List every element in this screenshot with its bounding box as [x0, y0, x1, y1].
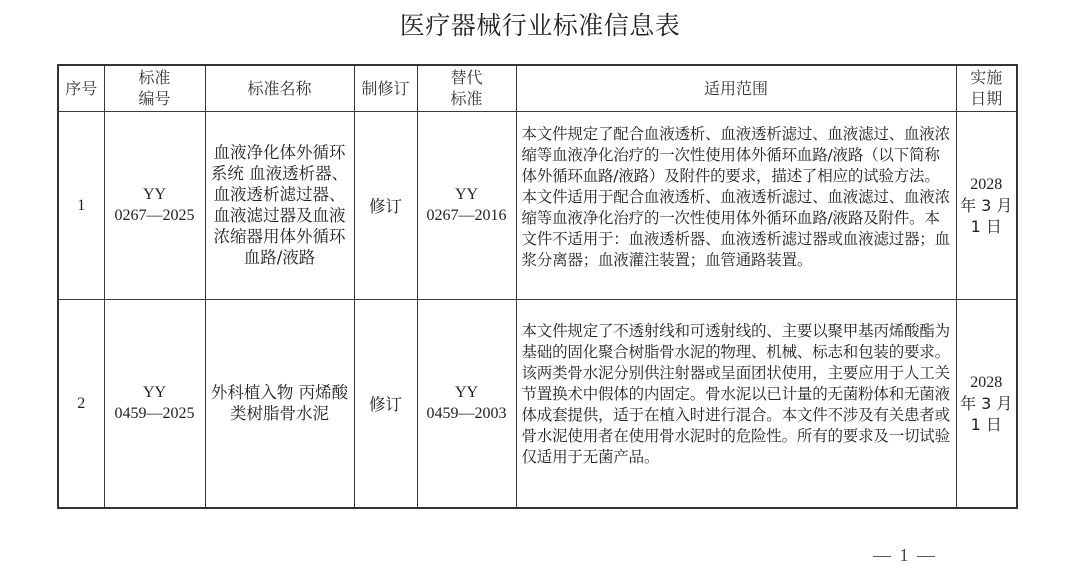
header-replaced-line1: 替代: [418, 67, 516, 88]
scope-text: 本文件规定了配合血液透析、血液透析滤过、血液滤过、血液浓缩等血液净化治疗的一次性…: [516, 111, 956, 299]
effective-date: 2028 年 3 月 1 日: [956, 111, 1017, 299]
header-standard-name: 标准名称: [205, 65, 354, 111]
header-effective-date: 实施 日期: [956, 65, 1017, 111]
standard-code: 0459—2025: [105, 403, 205, 424]
revision-type: 修订: [354, 299, 417, 508]
table-header-row: 序号 标准 编号 标准名称 制修订 替代 标准 适用范围 实施 日期: [58, 65, 1017, 111]
document-title: 医疗器械行业标准信息表: [0, 6, 1080, 42]
header-date-line1: 实施: [957, 67, 1017, 88]
date-month: 年 3 月: [957, 195, 1017, 216]
replaced-prefix: YY: [418, 184, 516, 205]
header-replaced-standard: 替代 标准: [417, 65, 516, 111]
header-date-line2: 日期: [957, 88, 1017, 109]
standard-number: YY 0267—2025: [104, 111, 205, 299]
effective-date: 2028 年 3 月 1 日: [956, 299, 1017, 508]
header-index: 序号: [58, 65, 104, 111]
standard-prefix: YY: [105, 184, 205, 205]
revision-type: 修订: [354, 111, 417, 299]
date-day: 1 日: [957, 414, 1017, 435]
standard-number: YY 0459—2025: [104, 299, 205, 508]
row-index: 2: [58, 299, 104, 508]
replaced-standard: YY 0267—2016: [417, 111, 516, 299]
header-standard-number-line1: 标准: [105, 67, 205, 88]
date-month: 年 3 月: [957, 393, 1017, 414]
standard-code: 0267—2025: [105, 205, 205, 226]
replaced-code: 0267—2016: [418, 205, 516, 226]
date-day: 1 日: [957, 216, 1017, 237]
header-standard-number: 标准 编号: [104, 65, 205, 111]
page-number: — 1 —: [873, 545, 937, 566]
standard-prefix: YY: [105, 382, 205, 403]
date-year: 2028: [957, 174, 1017, 195]
standard-name: 外科植入物 丙烯酸类树脂骨水泥: [205, 299, 354, 508]
header-replaced-line2: 标准: [418, 88, 516, 109]
standards-table: 序号 标准 编号 标准名称 制修订 替代 标准 适用范围 实施 日期 1 YY …: [57, 64, 1018, 509]
standard-name: 血液净化体外循环系统 血液透析器、血液透析滤过器、血液滤过器及血液浓缩器用体外循…: [205, 111, 354, 299]
header-standard-number-line2: 编号: [105, 88, 205, 109]
replaced-prefix: YY: [418, 382, 516, 403]
replaced-code: 0459—2003: [418, 403, 516, 424]
table-row: 2 YY 0459—2025 外科植入物 丙烯酸类树脂骨水泥 修订 YY 045…: [58, 299, 1017, 508]
scope-text: 本文件规定了不透射线和可透射线的、主要以聚甲基丙烯酸酯为基础的固化聚合树脂骨水泥…: [516, 299, 956, 508]
replaced-standard: YY 0459—2003: [417, 299, 516, 508]
header-revision: 制修订: [354, 65, 417, 111]
row-index: 1: [58, 111, 104, 299]
header-scope: 适用范围: [516, 65, 956, 111]
date-year: 2028: [957, 372, 1017, 393]
table-row: 1 YY 0267—2025 血液净化体外循环系统 血液透析器、血液透析滤过器、…: [58, 111, 1017, 299]
